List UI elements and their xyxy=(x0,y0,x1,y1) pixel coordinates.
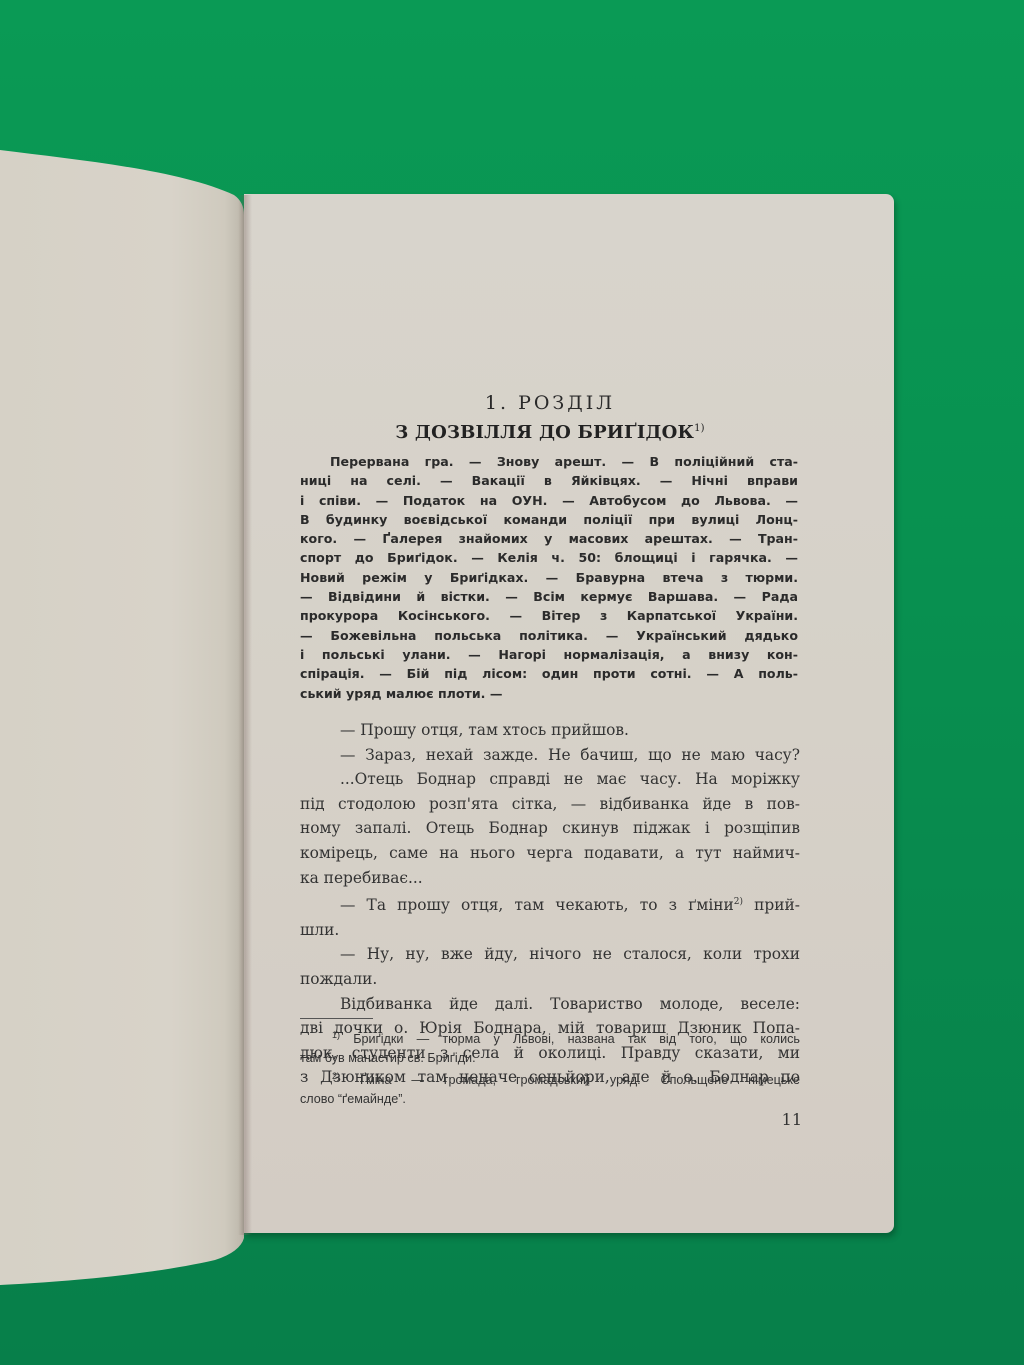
body-line: комірець, саме на нього черга подавати, … xyxy=(300,841,800,866)
chapter-title-text: З ДОЗВІЛЛЯ ДО БРИҐІДОК xyxy=(395,422,694,443)
body-line: ...Отець Боднар справді не має часу. На … xyxy=(300,767,800,792)
body-line: шли. xyxy=(300,918,800,943)
body-line: — Прошу отця, там хтось прийшов. xyxy=(300,718,800,743)
summary-line: В будинку воєвідської команди поліції пр… xyxy=(300,510,798,529)
footnote-text: Бриґідки — тюрма у Львові, названа так в… xyxy=(353,1032,800,1046)
body-line: — Та прошу отця, там чекають, то з ґміни… xyxy=(300,890,800,918)
summary-line: ський уряд малює плоти. — xyxy=(300,684,798,703)
footnote-1: 1) Бриґідки — тюрма у Львові, названа та… xyxy=(300,1026,800,1049)
footnote-ref-1: 1) xyxy=(694,423,705,434)
body-line: ка перебиває... xyxy=(300,866,800,891)
footnote-1-cont: там був манастир св. Бриґіди. xyxy=(300,1049,800,1068)
summary-line: спірація. — Бій під лісом: один проти со… xyxy=(300,664,798,683)
summary-line: спорт до Бриґідок. — Келія ч. 50: блощиц… xyxy=(300,548,798,567)
gutter-shadow xyxy=(238,195,252,1235)
body-line: ному запалі. Отець Боднар скинув піджак … xyxy=(300,816,800,841)
footnote-divider xyxy=(300,1018,373,1019)
chapter-title: З ДОЗВІЛЛЯ ДО БРИҐІДОК1) xyxy=(300,422,800,443)
body-line: — Ну, ну, вже йду, нічого не сталося, ко… xyxy=(300,942,800,967)
footnote-text: Ґміна — громада, громадський уряд. Споль… xyxy=(360,1073,800,1087)
summary-line: Перервана гра. — Знову арешт. — В поліці… xyxy=(300,452,798,471)
body-line-text: прий- xyxy=(743,896,800,914)
summary-line: ниці на селі. — Вакації в Яйківцях. — Ні… xyxy=(300,471,798,490)
body-line-text: — Та прошу отця, там чекають, то з ґміни xyxy=(340,896,734,914)
body-line: Відбиванка йде далі. Товариство молоде, … xyxy=(300,992,800,1017)
chapter-summary: Перервана гра. — Знову арешт. — В поліці… xyxy=(300,452,798,703)
body-line: під стодолою розп'ята сітка, — відбиванк… xyxy=(300,792,800,817)
summary-line: — Божевільна польська політика. — Україн… xyxy=(300,626,798,645)
left-page xyxy=(0,140,244,1290)
summary-line: Новий режім у Бриґідках. — Бравурна втеч… xyxy=(300,568,798,587)
footnotes: 1) Бриґідки — тюрма у Львові, названа та… xyxy=(300,1026,800,1108)
body-line: — Зараз, нехай зажде. Не бачиш, що не ма… xyxy=(300,743,800,768)
footnote-marker: 2) xyxy=(332,1071,340,1081)
summary-line: прокурора Косінського. — Вітер з Карпатс… xyxy=(300,606,798,625)
chapter-number: 1. РОЗДІЛ xyxy=(300,392,800,414)
right-page: 1. РОЗДІЛ З ДОЗВІЛЛЯ ДО БРИҐІДОК1) Перер… xyxy=(244,194,894,1233)
summary-line: — Відвідини й вістки. — Всім кермує Варш… xyxy=(300,587,798,606)
page-number: 11 xyxy=(782,1110,802,1129)
summary-line: кого. — Ґалерея знайомих у масових арешт… xyxy=(300,529,798,548)
footnote-marker: 1) xyxy=(332,1030,340,1040)
body-line: пождали. xyxy=(300,967,800,992)
summary-line: і співи. — Податок на ОУН. — Автобусом д… xyxy=(300,491,798,510)
footnote-2: 2) Ґміна — громада, громадський уряд. Сп… xyxy=(300,1067,800,1090)
footnote-2-cont: слово “ґемайнде”. xyxy=(300,1090,800,1109)
footnote-ref-2: 2) xyxy=(734,897,743,907)
summary-line: і польські улани. — Нагорі нормалізація,… xyxy=(300,645,798,664)
